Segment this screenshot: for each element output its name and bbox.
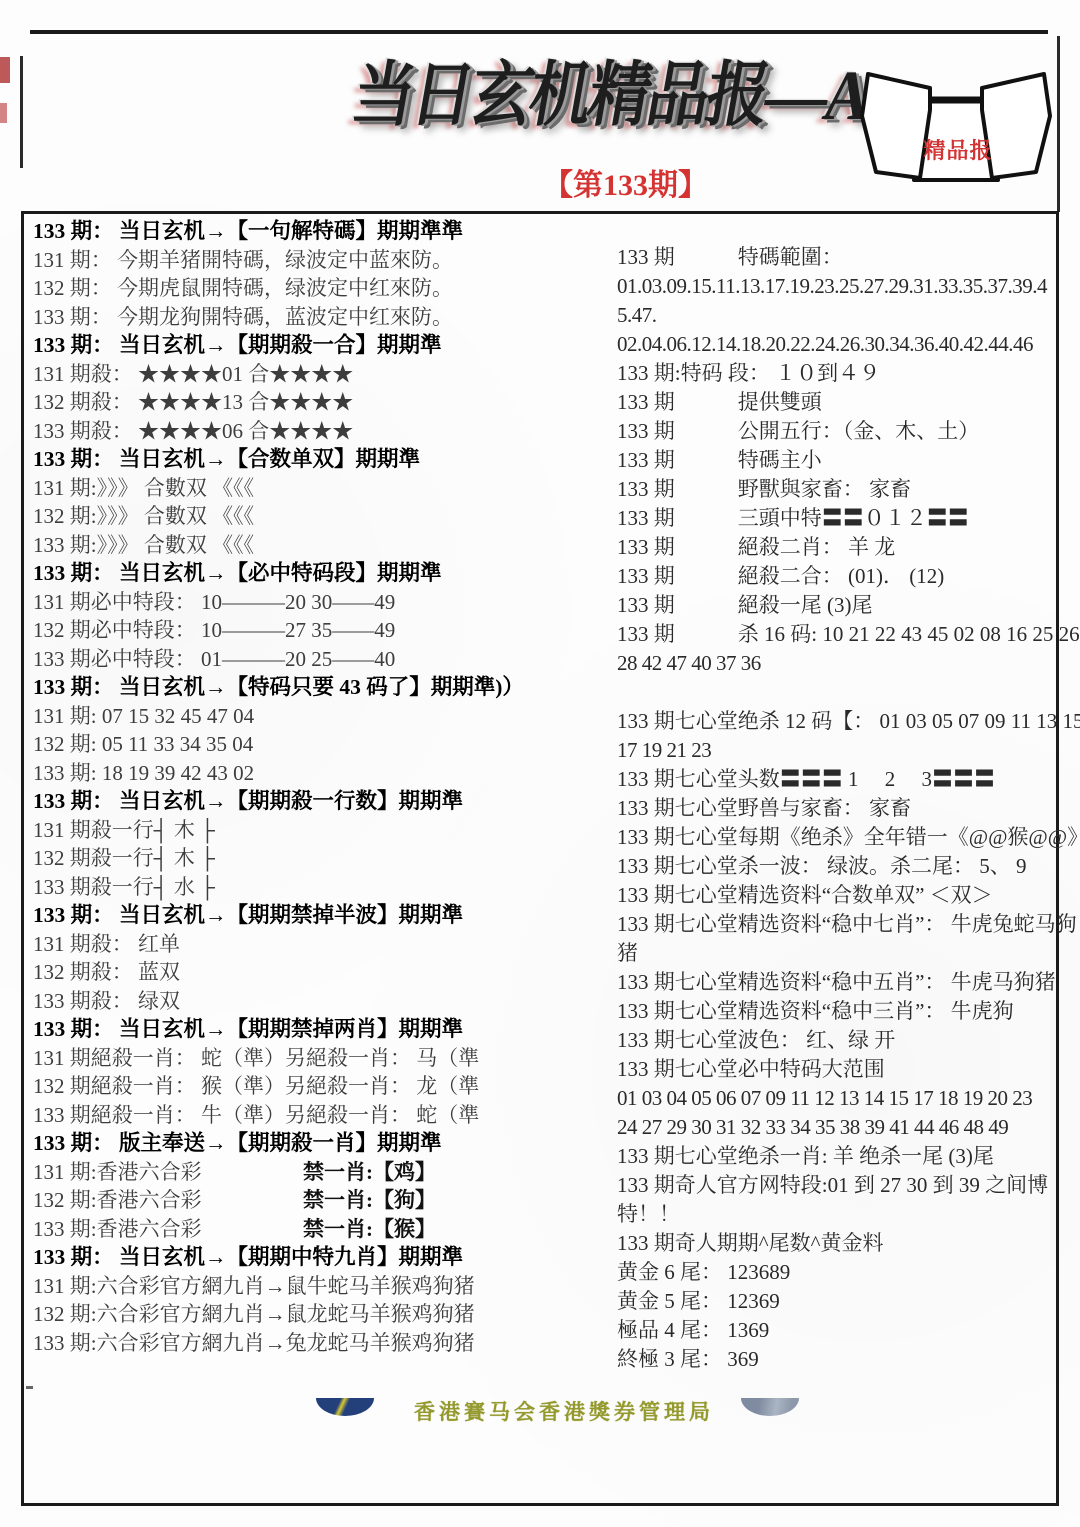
report-line: 133 期 三頭中特〓〓０１２〓〓 [617,504,1053,533]
line-text: 133 期： 版主奉送→【期期殺一肖】期期準 [33,1131,442,1155]
report-line: 黄金 5 尾： 12369 [617,1287,1053,1316]
report-line: 131 期: 07 15 32 45 47 04 [33,702,611,731]
line-text: 131 期絕殺一肖： 蛇（準）另絕殺一肖： 马（準 [33,1046,479,1070]
report-line: 133 期： 当日玄机→【期期禁掉半波】期期準 [33,901,611,930]
report-line: 131 期殺： 红单 [33,930,611,959]
report-line: 133 期 公開五行：（金、木、土） [617,417,1053,446]
page-title: 当日玄机精品报—A [322,38,900,139]
line-text: 133 期殺： ★★★★06 合★★★★ [33,419,353,443]
report-line: 133 期:特码 段： １０到４９ [617,359,1053,388]
line-right-text: 禁一肖:【猴】 [303,1215,436,1244]
line-text: 132 期:六合彩官方網九肖→鼠龙蛇马羊猴鸡狗猪 [33,1302,475,1326]
report-line: 133 期七心堂野兽与家畜： 家畜 [617,794,1053,823]
line-text: 133 期： 当日玄机→【期期中特九肖】期期準 [33,1245,463,1269]
report-line: 133 期： 当日玄机→【期期殺一合】期期準 [33,331,611,360]
report-line: 17 19 21 23 [617,736,1053,765]
report-line: 131 期殺一行┤ 木 ├ [33,816,611,845]
line-text: 133 期殺一行┤ 水 ├ [33,875,215,899]
scan-artifact [0,57,10,83]
report-line: 133 期殺： 绿双 [33,987,611,1016]
line-text: 133 期 特碼主小 [617,448,822,472]
line-text: 133 期： 当日玄机→【期期禁掉半波】期期準 [33,903,463,927]
report-line: 133 期:香港六合彩 禁一肖:【猴】 [33,1215,611,1244]
report-line: 131 期:香港六合彩 禁一肖:【鸡】 [33,1158,611,1187]
right-rule [1057,36,1060,212]
report-line: 132 期:》》》 合數双 《《《 [33,502,611,531]
line-text: 黄金 5 尾： 12369 [617,1289,780,1313]
line-text: 132 期:香港六合彩 [33,1188,202,1212]
report-line: 01.03.09.15.11.13.17.19.23.25.27.29.31.3… [617,272,1053,301]
report-line: 133 期絕殺一肖： 牛（準）另絕殺一肖： 蛇（準 [33,1101,611,1130]
line-text: 131 期： 今期羊猪開特碼，绿波定中蓝來防。 [33,248,453,272]
line-text: 133 期七心堂绝杀一肖: 羊 绝杀一尾 (3)尾 [617,1144,994,1168]
report-line: 28 42 47 40 37 36 [617,649,1053,678]
line-text: 133 期:六合彩官方網九肖→兔龙蛇马羊猴鸡狗猪 [33,1331,475,1355]
line-text: 133 期:特码 段： １０到４９ [617,361,880,385]
report-line: 132 期： 今期虎鼠開特碼，绿波定中红來防。 [33,274,611,303]
line-text: 133 期絕殺一肖： 牛（準）另絕殺一肖： 蛇（準 [33,1103,479,1127]
report-line [617,678,1053,707]
line-text: 131 期必中特段： 10———20 30——49 [33,590,395,614]
line-text: 133 期 杀 16 码: 10 21 22 43 45 02 08 16 25… [617,622,1080,646]
report-line: 131 期： 今期羊猪開特碼，绿波定中蓝來防。 [33,246,611,275]
report-line: 133 期七心堂每期《绝杀》全年错一《@@猴@@》 [617,823,1053,852]
report-line: 黄金 6 尾： 123689 [617,1258,1053,1287]
report-line: 133 期七心堂杀一波： 绿波。杀二尾： 5、 9 [617,852,1053,881]
line-text: 133 期： 当日玄机→【合数单双】期期準 [33,447,420,471]
report-line: 133 期： 当日玄机→【一句解特碼】期期準準 [33,217,611,246]
report-line: 131 期絕殺一肖： 蛇（準）另絕殺一肖： 马（準 [33,1044,611,1073]
report-line: 133 期七心堂波色： 红、绿 开 [617,1026,1053,1055]
report-line: 133 期七心堂精选资料“稳中七肖”： 牛虎兔蛇马狗 [617,910,1053,939]
line-text: 133 期奇人期期^尾数^黄金料 [617,1231,883,1255]
report-line: 02.04.06.12.14.18.20.22.24.26.30.34.36.4… [617,330,1053,359]
report-line: 133 期:六合彩官方網九肖→兔龙蛇马羊猴鸡狗猪 [33,1329,611,1358]
report-line: 133 期 野獸與家畜： 家畜 [617,475,1053,504]
report-line: 特！！ [617,1200,1053,1229]
line-text: 133 期七心堂波色： 红、绿 开 [617,1028,895,1052]
left-rule [20,56,23,168]
line-right-text: 禁一肖:【鸡】 [303,1158,436,1187]
line-text: 133 期七心堂杀一波： 绿波。杀二尾： 5、 9 [617,854,1027,878]
ribbon-banner-icon [856,64,1056,186]
line-text: 133 期七心堂精选资料“合数单双” ＜双＞ [617,883,993,907]
line-text: 133 期必中特段： 01———20 25——40 [33,647,395,671]
line-text: 133 期 野獸與家畜： 家畜 [617,477,911,501]
top-rule [30,30,1048,34]
line-text: 133 期七心堂精选资料“稳中三肖”： 牛虎狗 [617,999,1014,1023]
line-text: 133 期： 今期龙狗開特碼，蓝波定中红來防。 [33,305,453,329]
report-line: 133 期 絕殺一尾 (3)尾 [617,591,1053,620]
report-line: 131 期:六合彩官方網九肖→鼠牛蛇马羊猴鸡狗猪 [33,1272,611,1301]
line-text: 133 期:香港六合彩 [33,1217,202,1241]
line-text: 132 期： 今期虎鼠開特碼，绿波定中红來防。 [33,276,453,300]
line-text: 133 期： 当日玄机→【期期殺一合】期期準 [33,333,442,357]
report-page: 当日玄机精品报—A 精品报 【第133期】 133 期： 当日玄机→【一句解特碼… [0,0,1080,1527]
line-text: 01.03.09.15.11.13.17.19.23.25.27.29.31.3… [617,274,1047,298]
line-text: 28 42 47 40 37 36 [617,651,761,675]
report-line: 131 期:》》》 合數双 《《《 [33,474,611,503]
report-line: 133 期 絕殺二肖： 羊 龙 [617,533,1053,562]
line-text: 132 期殺： ★★★★13 合★★★★ [33,390,353,414]
line-text: 猪 [617,941,638,965]
report-line: 131 期殺： ★★★★01 合★★★★ [33,360,611,389]
report-line: 猪 [617,939,1053,968]
report-line: 132 期必中特段： 10———27 35——49 [33,616,611,645]
report-line: 極品 4 尾： 1369 [617,1316,1053,1345]
report-line: 132 期殺： ★★★★13 合★★★★ [33,388,611,417]
report-line: 133 期 特碼範圍： [617,243,1053,272]
line-text: 24 27 29 30 31 32 33 34 35 38 39 41 44 4… [617,1115,1008,1139]
line-text: 132 期: 05 11 33 34 35 04 [33,732,253,756]
line-text: 133 期七心堂必中特码大范围 [617,1057,885,1081]
report-line: 01 03 04 05 06 07 09 11 12 13 14 15 17 1… [617,1084,1053,1113]
line-text: 133 期七心堂野兽与家畜： 家畜 [617,796,911,820]
left-column: 133 期： 当日玄机→【一句解特碼】期期準準 131 期： 今期羊猪開特碼，绿… [33,217,611,1357]
footer-org-text: 香港賽马会香港獎券管理局 [414,1396,724,1426]
line-text: 133 期七心堂每期《绝杀》全年错一《@@猴@@》 [617,825,1080,849]
line-text: 131 期:》》》 合數双 《《《 [33,476,254,500]
line-text: 133 期七心堂绝杀 12 码【： 01 03 05 07 09 11 13 1… [617,709,1080,733]
line-text: 133 期： 当日玄机→【期期殺一行数】期期準 [33,789,463,813]
line-text: 131 期:六合彩官方網九肖→鼠牛蛇马羊猴鸡狗猪 [33,1274,475,1298]
report-line: 133 期奇人期期^尾数^黄金料 [617,1229,1053,1258]
report-line: 133 期必中特段： 01———20 25——40 [33,645,611,674]
line-text: 132 期殺一行┤ 木 ├ [33,846,215,870]
report-line: 133 期： 当日玄机→【必中特码段】期期準 [33,559,611,588]
line-text: 132 期必中特段： 10———27 35——49 [33,618,395,642]
line-text: 131 期:香港六合彩 [33,1160,202,1184]
line-text: 133 期： 当日玄机→【一句解特碼】期期準準 [33,219,463,243]
issue-heading: 【第133期】 [543,160,708,204]
line-text: 133 期 三頭中特〓〓０１２〓〓 [617,506,969,530]
report-line: 133 期殺： ★★★★06 合★★★★ [33,417,611,446]
line-text: 133 期 公開五行：（金、木、土） [617,419,979,443]
line-text: 黄金 6 尾： 123689 [617,1260,790,1284]
line-text: 終極 3 尾： 369 [617,1347,759,1371]
line-text: 133 期 絕殺一尾 (3)尾 [617,593,873,617]
line-text: 01 03 04 05 06 07 09 11 12 13 14 15 17 1… [617,1086,1032,1110]
line-text: 131 期殺： ★★★★01 合★★★★ [33,362,353,386]
report-line: 133 期七心堂精选资料“稳中五肖”： 牛虎马狗猪 [617,968,1053,997]
line-text: 極品 4 尾： 1369 [617,1318,769,1342]
report-line: 133 期七心堂精选资料“稳中三肖”： 牛虎狗 [617,997,1053,1026]
line-right-text: 禁一肖:【狗】 [303,1186,436,1215]
report-line: 133 期七心堂精选资料“合数单双” ＜双＞ [617,881,1053,910]
line-text: 133 期： 当日玄机→【特码只要 43 码了】期期準)） [33,675,524,699]
report-line: 133 期： 版主奉送→【期期殺一肖】期期準 [33,1129,611,1158]
line-text: 133 期 絕殺二肖： 羊 龙 [617,535,895,559]
line-text: 132 期:》》》 合數双 《《《 [33,504,254,528]
report-line: 終極 3 尾： 369 [617,1345,1053,1374]
report-line: 133 期： 当日玄机→【期期中特九肖】期期準 [33,1243,611,1272]
line-text: 131 期: 07 15 32 45 47 04 [33,704,254,728]
line-text: 133 期:》》》 合數双 《《《 [33,533,254,557]
report-line: 133 期:》》》 合數双 《《《 [33,531,611,560]
scan-artifact [0,103,7,123]
line-text: 133 期: 18 19 39 42 43 02 [33,761,254,785]
report-line: 133 期: 18 19 39 42 43 02 [33,759,611,788]
line-text: 133 期： 当日玄机→【必中特码段】期期準 [33,561,442,585]
line-text: 133 期殺： 绿双 [33,989,180,1013]
report-line: 133 期： 当日玄机→【特码只要 43 码了】期期準)） [33,673,611,702]
report-line: 24 27 29 30 31 32 33 34 35 38 39 41 44 4… [617,1113,1053,1142]
line-text: 02.04.06.12.14.18.20.22.24.26.30.34.36.4… [617,332,1033,356]
line-text: 131 期殺一行┤ 木 ├ [33,818,215,842]
line-text: 131 期殺： 红单 [33,932,180,956]
line-text: 133 期七心堂精选资料“稳中五肖”： 牛虎马狗猪 [617,970,1056,994]
line-text: 133 期七心堂精选资料“稳中七肖”： 牛虎兔蛇马狗 [617,912,1077,936]
report-line: 132 期殺： 蓝双 [33,958,611,987]
report-line: 133 期 提供雙頭 [617,388,1053,417]
line-text: 133 期 絕殺二合： (01)． (12) [617,564,944,588]
report-line: 133 期七心堂必中特码大范围 [617,1055,1053,1084]
report-line: 133 期： 当日玄机→【期期殺一行数】期期準 [33,787,611,816]
line-text: 132 期絕殺一肖： 猴（準）另絕殺一肖： 龙（準 [33,1074,479,1098]
report-line: 133 期： 当日玄机→【期期禁掉两肖】期期準 [33,1015,611,1044]
report-line: 132 期: 05 11 33 34 35 04 [33,730,611,759]
report-line: 133 期： 当日玄机→【合数单双】期期準 [33,445,611,474]
report-line: 5.47. [617,301,1053,330]
report-line: 133 期 絕殺二合： (01)． (12) [617,562,1053,591]
report-line: 132 期:六合彩官方網九肖→鼠龙蛇马羊猴鸡狗猪 [33,1300,611,1329]
ribbon-label: 精品报 [888,134,1028,165]
report-line: 133 期： 今期龙狗開特碼，蓝波定中红來防。 [33,303,611,332]
report-line: 132 期絕殺一肖： 猴（準）另絕殺一肖： 龙（準 [33,1072,611,1101]
report-line: 132 期:香港六合彩 禁一肖:【狗】 [33,1186,611,1215]
report-line: 133 期 特碼主小 [617,446,1053,475]
line-text: 132 期殺： 蓝双 [33,960,180,984]
line-text: 5.47. [617,303,657,327]
report-line: 131 期必中特段： 10———20 30——49 [33,588,611,617]
report-line: 133 期七心堂绝杀 12 码【： 01 03 05 07 09 11 13 1… [617,707,1053,736]
line-text: 特！！ [617,1202,680,1226]
report-line: 133 期 杀 16 码: 10 21 22 43 45 02 08 16 25… [617,620,1053,649]
line-text: 133 期 特碼範圍： [617,245,843,269]
report-line: 132 期殺一行┤ 木 ├ [33,844,611,873]
report-line: 133 期殺一行┤ 水 ├ [33,873,611,902]
line-text: 133 期 提供雙頭 [617,390,822,414]
right-column: 133 期 特碼範圍： 01.03.09.15.11.13.17.19.23.2… [617,243,1053,1374]
line-text: 133 期奇人官方网特段:01 到 27 30 到 39 之间博 [617,1173,1048,1197]
report-line: 133 期七心堂头数〓〓〓 1 2 3〓〓〓 [617,765,1053,794]
line-text: 17 19 21 23 [617,738,711,762]
line-text: 133 期： 当日玄机→【期期禁掉两肖】期期準 [33,1017,463,1041]
line-text: 133 期七心堂头数〓〓〓 1 2 3〓〓〓 [617,767,995,791]
report-line: 133 期奇人官方网特段:01 到 27 30 到 39 之间博 [617,1171,1053,1200]
report-line: 133 期七心堂绝杀一肖: 羊 绝杀一尾 (3)尾 [617,1142,1053,1171]
